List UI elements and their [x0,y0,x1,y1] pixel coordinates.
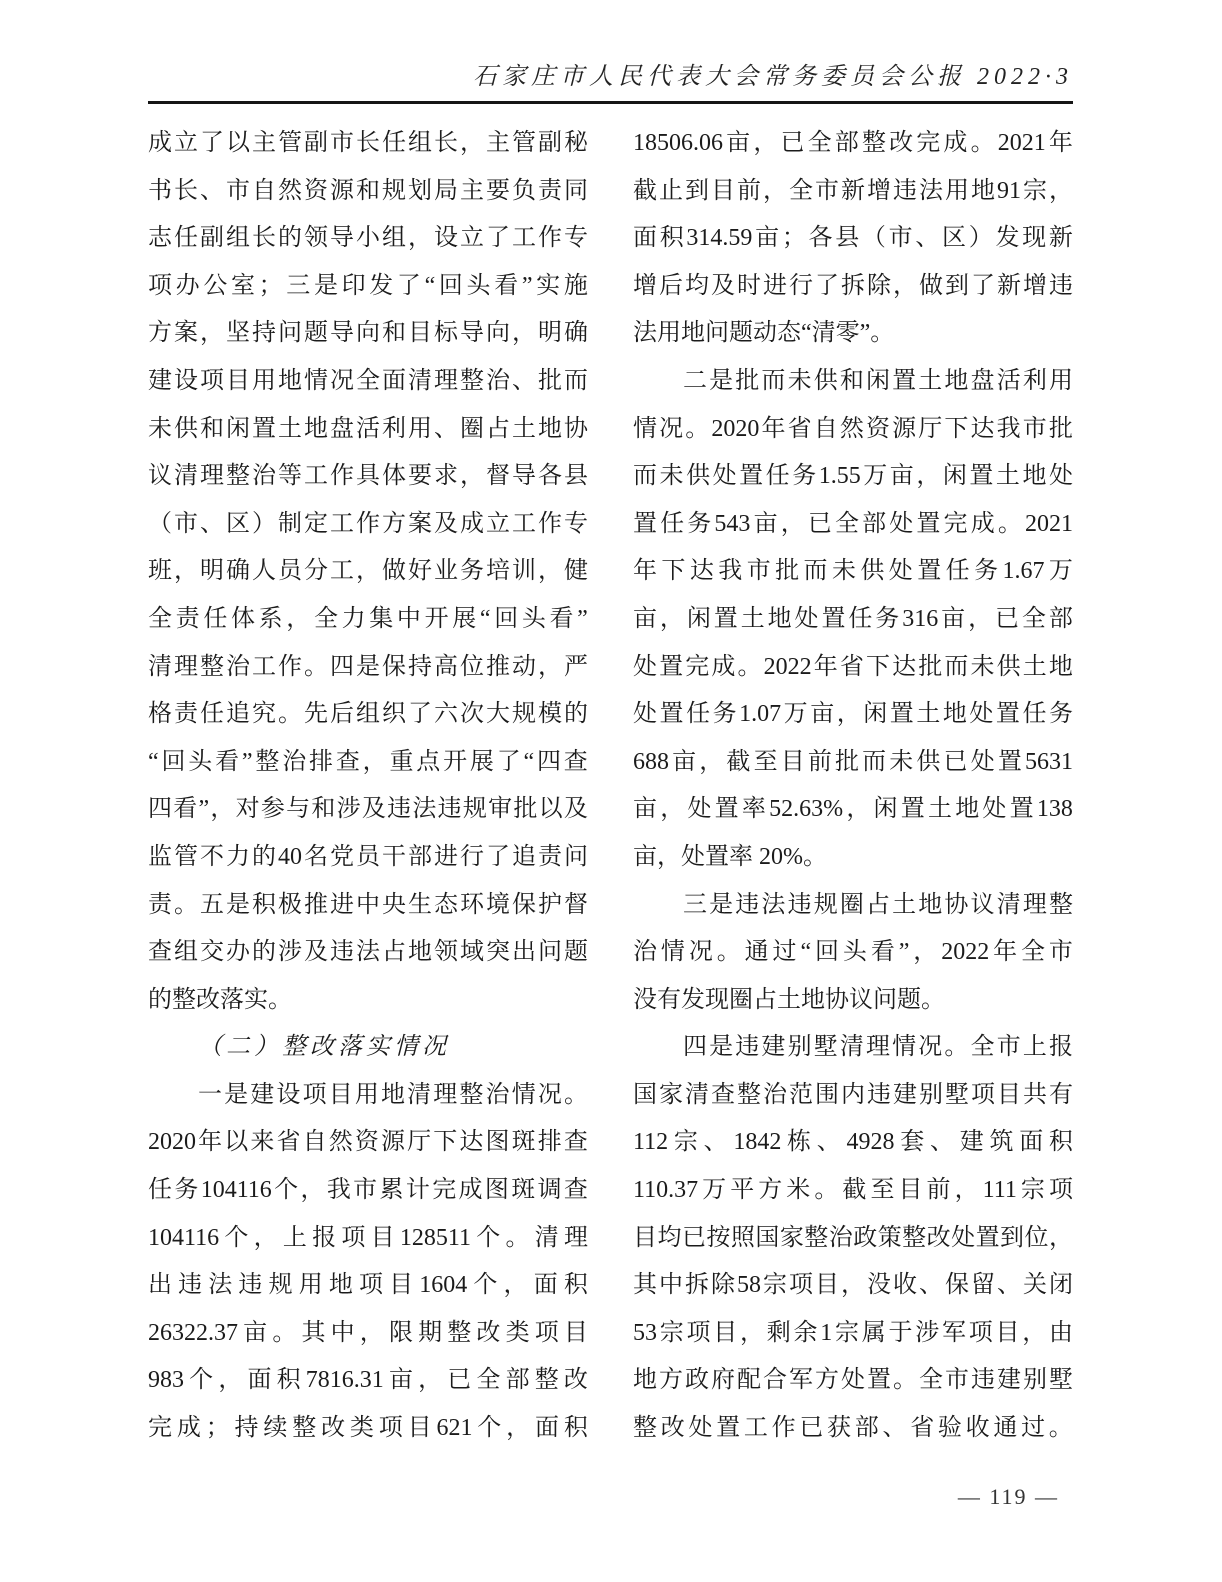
glyph: 整 [226,453,250,501]
glyph: 置 [714,596,738,644]
glyph: 地 [408,929,432,977]
glyph: 到 [1000,1215,1024,1263]
text-line: 112宗、1842栋、4928套、建筑面积 [633,1119,1073,1167]
glyph: 情 [512,1072,536,1120]
glyph: 地 [955,786,979,834]
glyph: 土 [278,406,302,454]
glyph: 地 [381,1072,405,1120]
glyph: 验 [938,1405,962,1453]
glyph: 环 [460,882,484,930]
glyph: 题 [564,929,588,977]
glyph: 目 [389,1262,413,1310]
glyph: 整 [255,739,279,787]
glyph: 部 [855,1405,879,1453]
glyph: 我 [327,1167,351,1215]
glyph: 、 [200,501,224,549]
glyph: 达 [690,548,714,596]
glyph: 闲 [863,691,887,739]
glyph: 规 [269,1262,293,1310]
glyph: 以 [224,1119,248,1167]
glyph: 于 [889,1310,913,1358]
text-line: 全责任体系，全力集中开展“回头看” [148,596,588,644]
glyph: 干 [382,834,406,882]
glyph: 均 [657,1215,681,1263]
glyph: 查 [148,929,172,977]
glyph: 立 [174,120,198,168]
glyph: 二 [683,358,707,406]
glyph: 1604 [419,1262,467,1310]
glyph: 市 [353,1167,377,1215]
glyph: 图 [486,1119,510,1167]
glyph: 涉 [337,786,361,834]
glyph: 自 [303,1119,327,1167]
glyph: 行 [789,263,813,311]
glyph: 市 [997,1024,1021,1072]
glyph: 部 [835,120,859,168]
glyph: 头 [188,739,212,787]
text-line: （二）整改落实情况 [148,1024,588,1072]
glyph: 省 [277,1119,301,1167]
glyph: 处 [982,786,1006,834]
glyph: 标 [434,310,458,358]
glyph: 543 [714,501,750,549]
glyph: 各 [809,215,833,263]
glyph: 地 [768,596,792,644]
glyph: 亩 [672,739,696,787]
glyph: 138 [1037,786,1073,834]
glyph: “ [148,739,159,787]
glyph: 导 [330,310,354,358]
glyph: 求 [434,453,458,501]
glyph: 法 [412,786,436,834]
glyph: 宗 [660,1310,684,1358]
glyph: ， [846,786,870,834]
glyph: 已 [995,596,1019,644]
glyph: 任 [148,1167,172,1215]
glyph: 了 [815,263,839,311]
glyph: 理 [200,453,224,501]
glyph: 前 [737,168,761,216]
text-line: 增后均及时进行了拆除，做到了新增违 [633,263,1073,311]
glyph: ， [512,310,536,358]
glyph: 任 [1022,691,1046,739]
glyph: 理 [434,358,458,406]
glyph: 置 [969,453,993,501]
glyph: 圈 [840,882,864,930]
glyph: 向 [486,310,510,358]
glyph: 、 [919,1262,943,1310]
text-line: 情况。2020年省自然资源厅下达我市批 [633,406,1073,454]
glyph: 中 [659,1262,683,1310]
glyph: 境 [486,882,510,930]
glyph: 政 [853,1215,877,1263]
glyph: 积 [564,1262,588,1310]
glyph: 违 [1049,263,1073,311]
glyph: 军 [789,1357,813,1405]
glyph: 通 [745,929,769,977]
text-line: “回头看”整治排查，重点开展了“四查 [148,739,588,787]
glyph: 置 [917,548,941,596]
glyph: 批 [1049,406,1073,454]
text-line: 年下达我市批而未供处置任务1.67万 [633,548,1073,596]
glyph: 限 [389,1310,413,1358]
glyph: 任 [660,501,684,549]
glyph: 工 [512,215,536,263]
glyph: 法 [208,1262,232,1310]
glyph: 活 [356,406,380,454]
glyph: 方 [758,1167,782,1215]
glyph: 格 [148,691,172,739]
glyph: 宗 [835,1310,859,1358]
glyph: 展 [470,739,494,787]
glyph: 处 [633,644,657,692]
glyph: 用 [252,358,276,406]
glyph: 处 [889,548,913,596]
glyph: 违 [893,168,917,216]
glyph: 积 [564,1405,588,1453]
glyph: 市 [945,1357,969,1405]
glyph: 坚 [226,310,250,358]
glyph: 任 [686,691,710,739]
text-line: 四是违建别墅清理情况。全市上报 [633,1024,1073,1072]
glyph: 是 [226,882,250,930]
glyph: 18506.06 [633,120,723,168]
glyph: 由 [1049,1310,1073,1358]
glyph: 全 [1022,596,1046,644]
glyph: 责 [538,834,562,882]
glyph: 亩 [810,691,834,739]
text-line: 四看”，对参与和涉及违法违规审批以及 [148,786,588,834]
glyph: 务 [875,596,899,644]
glyph: 公 [203,263,227,311]
glyph: 。 [738,644,762,692]
glyph: 目 [633,1215,657,1263]
glyph: 厅 [407,1119,431,1167]
glyph: ” [522,263,533,311]
glyph: 、 [915,215,939,263]
text-line: 亩，闲置土地处置任务316亩，已全部 [633,596,1073,644]
glyph: 处 [713,453,737,501]
glyph: 整 [1049,882,1073,930]
glyph: 未 [788,358,812,406]
glyph: 批 [835,739,859,787]
glyph: 104116 [148,1215,219,1263]
glyph: 工 [330,501,354,549]
glyph: 回 [439,263,463,311]
glyph: 名 [304,834,328,882]
glyph: 模 [538,691,562,739]
glyph: 任 [203,596,227,644]
glyph: 已 [944,739,968,787]
text-line: 格责任追究。先后组织了六次大规模的 [148,691,588,739]
glyph: 协 [564,406,588,454]
glyph: 目 [711,168,735,216]
text-line: 二是批而未供和闲置土地盘活利用 [633,358,1073,406]
glyph: 违 [788,882,812,930]
text-line: 置任务543亩，已全部处置完成。2021 [633,501,1073,549]
glyph: 持 [252,310,276,358]
glyph: ， [538,644,562,692]
glyph: 未 [889,739,913,787]
glyph: 回 [815,929,839,977]
glyph: ” [577,596,588,644]
glyph: 政 [685,1357,709,1405]
glyph: 处 [795,596,819,644]
glyph: 闲 [866,358,890,406]
glyph: 置 [867,1357,891,1405]
text-line: 整改处置工作已获部、省验收通过。 [633,1405,1073,1453]
glyph: 项 [379,1405,403,1453]
glyph: 供 [814,358,838,406]
glyph: 负 [512,168,536,216]
glyph: 项 [200,358,224,406]
glyph: 整 [460,358,484,406]
glyph: 新 [997,263,1021,311]
glyph: 而 [862,739,886,787]
glyph: 源 [330,168,354,216]
glyph: 清 [840,1024,864,1072]
glyph: ， [300,1167,324,1215]
glyph: 建 [250,1072,274,1120]
glyph: 四 [148,786,172,834]
glyph: 省 [840,644,864,692]
glyph: 2020 [148,1119,196,1167]
glyph: 增 [633,263,657,311]
glyph: 情 [633,406,657,454]
glyph: 家 [780,1215,804,1263]
glyph: 建 [997,1357,1021,1405]
glyph: 监 [148,834,172,882]
glyph: 整 [737,1072,761,1120]
glyph: 。 [814,1167,838,1215]
glyph: 316 [902,596,938,644]
glyph: ， [506,1405,530,1453]
glyph: 家 [659,1072,683,1120]
glyph: 置 [996,691,1020,739]
glyph: 新 [1049,215,1073,263]
glyph: 1 [820,1310,832,1358]
glyph: 全 [835,501,859,549]
glyph: 个 [473,1262,497,1310]
glyph: 保 [382,644,406,692]
glyph: ， [286,596,310,644]
glyph: 、 [882,1405,906,1453]
glyph: 类 [350,1405,374,1453]
glyph: 整 [902,1215,926,1263]
glyph: 个 [477,1405,501,1453]
glyph: 处 [951,1215,975,1263]
text-line: 地方政府配合军方处置。全市违建别墅 [633,1357,1073,1405]
glyph: 突 [486,929,510,977]
glyph: 组 [408,120,432,168]
glyph: 地 [633,1357,657,1405]
glyph: 收 [893,1262,917,1310]
glyph: 用 [408,406,432,454]
glyph: 作 [538,215,562,263]
glyph: 出 [148,1262,172,1310]
glyph: 是 [709,358,733,406]
glyph: 目 [997,1072,1021,1120]
glyph: 治 [829,1215,853,1263]
text-line: 而未供处置任务1.55万亩，闲置土地处 [633,453,1073,501]
glyph: 地 [918,882,942,930]
glyph: 治 [763,1072,787,1120]
glyph: 方 [815,1357,839,1405]
glyph: 。 [304,644,328,692]
text-line: 的整改落实。 [148,977,588,1025]
glyph: 置 [715,786,739,834]
glyph: 策 [878,1215,902,1263]
glyph: 筑 [989,1119,1013,1167]
glyph: 及 [564,786,588,834]
glyph: 全 [789,168,813,216]
glyph: 通 [993,1405,1017,1453]
text-line: 查组交办的涉及违法占地领域突出问题 [148,929,588,977]
glyph: 的 [252,929,276,977]
glyph: 任 [200,691,224,739]
glyph: 局 [434,168,458,216]
glyph: 土 [916,691,940,739]
glyph: 查 [336,739,360,787]
text-line: 成立了以主管副市长任组长，主管副秘 [148,120,588,168]
text-line: 任务104116个，我市累计完成图斑调查 [148,1167,588,1215]
glyph: 务 [974,548,998,596]
glyph: 完 [944,501,968,549]
glyph: 置 [892,358,916,406]
glyph: 来 [250,1119,274,1167]
glyph: 整 [804,1215,828,1263]
glyph: 未 [971,644,995,692]
glyph: 党 [330,834,354,882]
glyph: 2021 [1025,501,1073,549]
glyph: 期 [418,1310,442,1358]
glyph: 责 [538,168,562,216]
glyph: 作 [278,644,302,692]
glyph: 办 [176,263,200,311]
glyph: 关 [1023,1262,1047,1310]
glyph: 除 [867,263,891,311]
glyph: 责 [174,691,198,739]
glyph: 土 [996,453,1020,501]
glyph: 至 [870,1167,894,1215]
glyph: 责 [176,596,200,644]
glyph: 地 [943,691,967,739]
glyph: 作 [356,501,380,549]
glyph: 工 [252,644,276,692]
glyph: 4928 [847,1119,895,1167]
glyph: 续 [263,1405,287,1453]
glyph: 部 [1049,596,1073,644]
glyph: 法 [356,929,380,977]
glyph: 分 [304,548,328,596]
glyph: 和 [382,310,406,358]
glyph: ） [969,215,993,263]
glyph: 违 [238,1262,262,1310]
glyph: 志 [148,215,172,263]
glyph: 看 [494,263,518,311]
text-line: 治情况。通过“回头看”，2022年全市 [633,929,1073,977]
glyph: 盘 [330,406,354,454]
glyph: 地 [329,1262,353,1310]
text-line: 国家清查整治范围内违建别墅项目共有 [633,1072,1073,1120]
glyph: 地 [971,168,995,216]
glyph: 亩 [755,215,779,263]
glyph: 、 [817,1119,841,1167]
glyph: 拆 [685,1262,709,1310]
glyph: 整 [535,1357,559,1405]
glyph: 同 [564,168,588,216]
glyph: 四 [537,739,561,787]
glyph: 了 [497,739,521,787]
text-line: 议清理整治等工作具体要求，督导各县 [148,453,588,501]
glyph: ， [781,501,805,549]
glyph: 改 [889,120,913,168]
glyph: 副 [200,215,224,263]
glyph: 资 [866,406,890,454]
glyph: 然 [278,168,302,216]
glyph: 批 [513,786,537,834]
text-line: 法用地问题动态“清零”。 [633,310,1073,358]
glyph: 议 [971,882,995,930]
glyph: 长 [174,168,198,216]
glyph: 亩 [726,120,750,168]
glyph: 2022 [764,644,812,692]
glyph: 成 [460,501,484,549]
glyph: 其 [633,1262,657,1310]
glyph: 平 [730,1167,754,1215]
glyph: 训 [512,548,536,596]
glyph: 宗 [674,1119,698,1167]
glyph: 达 [971,406,995,454]
glyph: “ [524,739,535,787]
glyph: 各 [538,453,562,501]
glyph: 办 [226,929,250,977]
glyph: 到 [685,168,709,216]
glyph: 目 [564,1310,588,1358]
glyph: 均 [685,263,709,311]
glyph: 合 [763,1357,787,1405]
glyph: 及 [711,263,735,311]
glyph: 用 [299,1262,323,1310]
glyph: 、 [434,406,458,454]
glyph: ， [538,548,562,596]
glyph: 置 [1010,786,1034,834]
glyph: 情 [661,929,685,977]
glyph: 年 [993,929,1017,977]
glyph: 源 [381,1119,405,1167]
glyph: 调 [538,1167,562,1215]
glyph: 央 [382,882,406,930]
glyph: 设 [434,215,458,263]
glyph: 追 [512,834,536,882]
glyph: 亩 [633,786,657,834]
glyph: 资 [355,1119,379,1167]
glyph: 1.07 [739,691,781,739]
glyph: 确 [226,548,250,596]
glyph: 。 [505,1215,529,1263]
glyph: 地 [944,358,968,406]
glyph: 治 [282,739,306,787]
glyph: 做 [919,263,943,311]
glyph: ， [460,453,484,501]
glyph: 项 [303,1072,327,1120]
glyph: 亩 [941,596,965,644]
glyph: “ [800,929,811,977]
glyph: 除 [711,1262,735,1310]
glyph: 四 [683,1024,707,1072]
glyph: 个 [189,1357,213,1405]
glyph: 组 [356,691,380,739]
